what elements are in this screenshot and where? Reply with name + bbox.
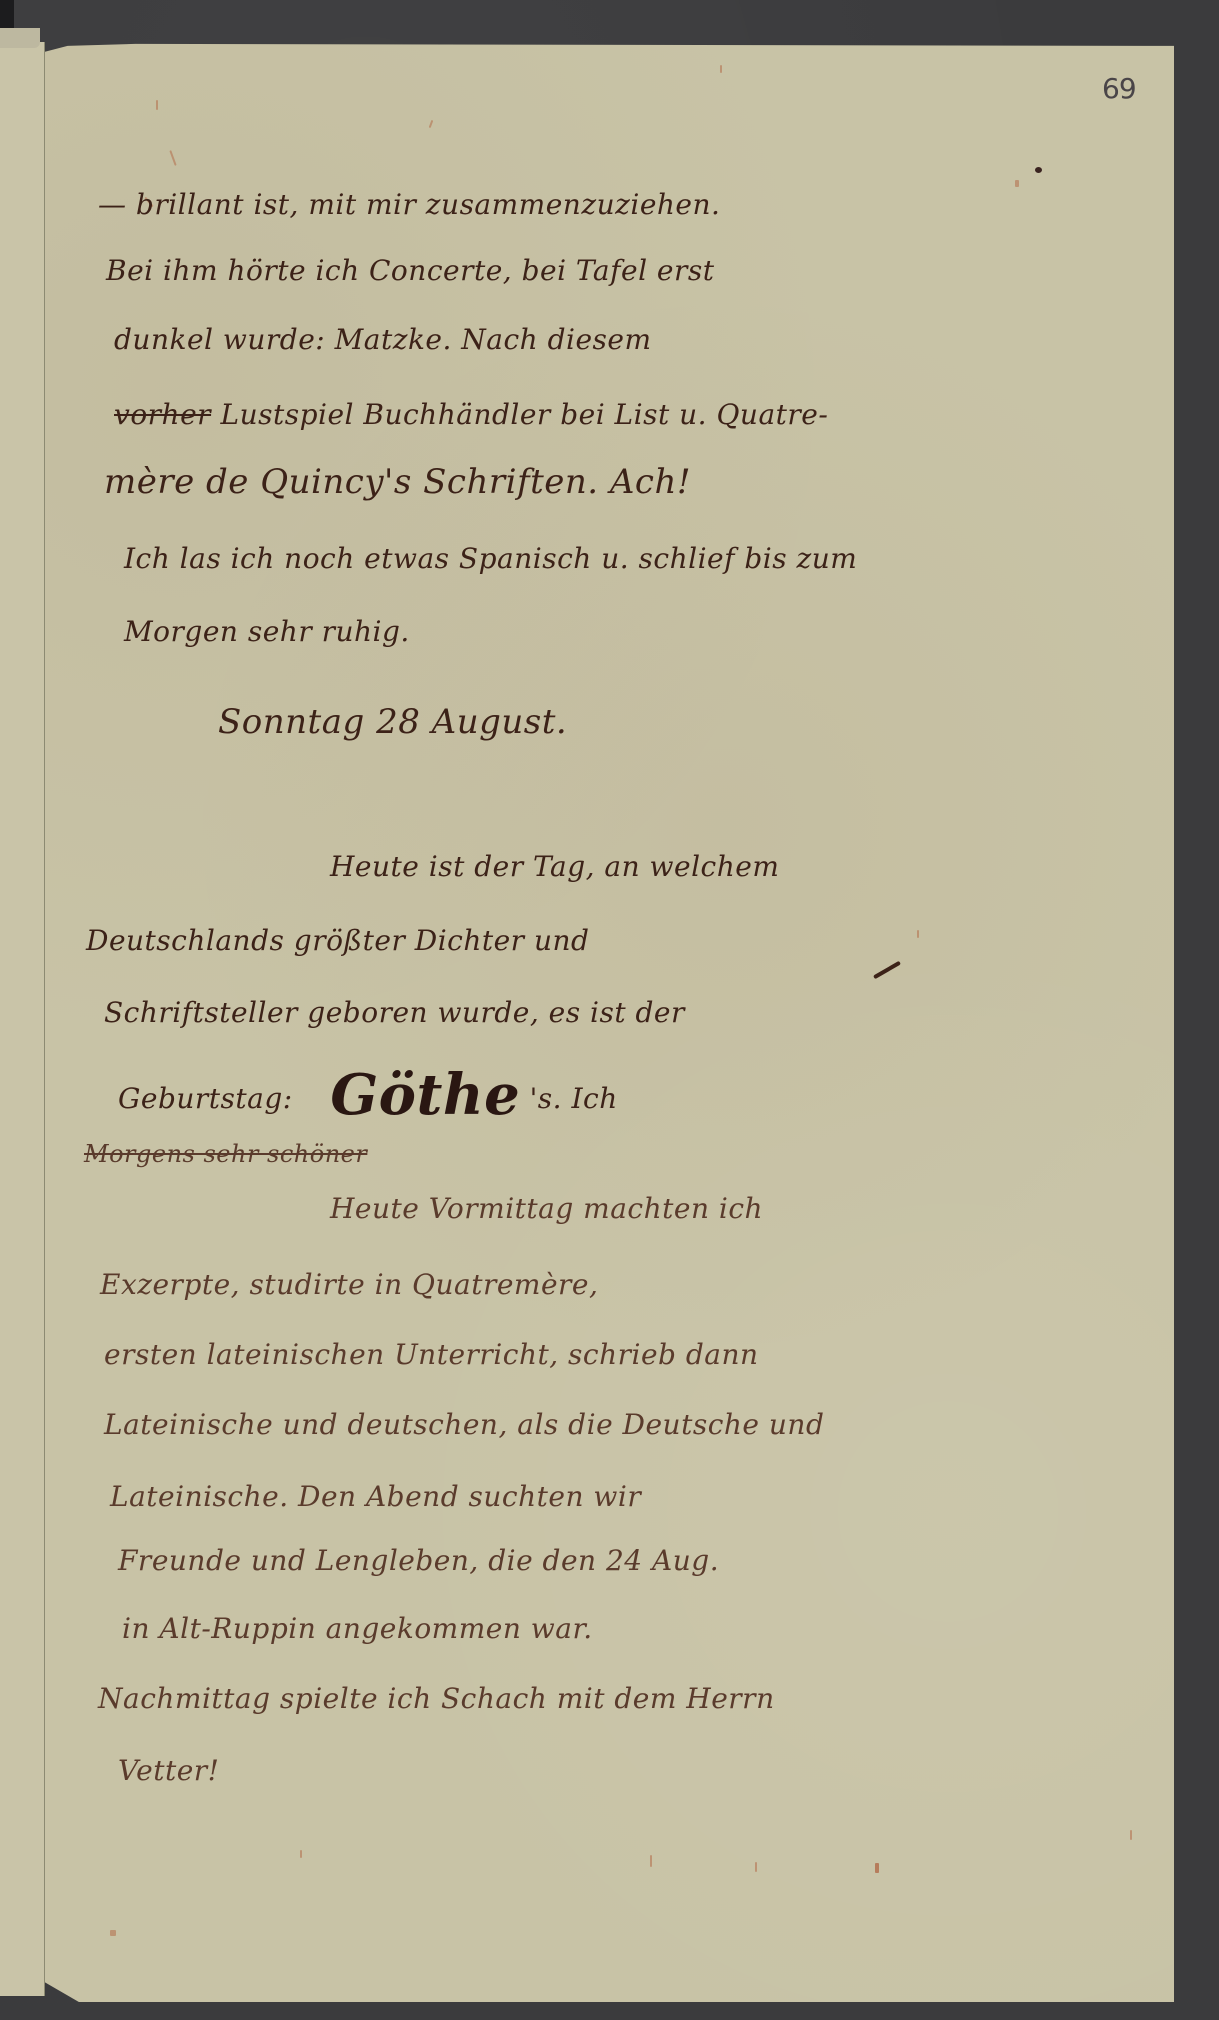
paper-fleck [875, 1863, 879, 1873]
manuscript-line: — brillant ist, mit mir zusammenzuziehen… [98, 188, 720, 221]
manuscript-line: Geburtstag: Göthe 's. Ich [118, 1062, 618, 1128]
manuscript-line: Lateinische. Den Abend suchten wir [110, 1480, 641, 1513]
manuscript-line: Morgen sehr ruhig. [124, 615, 410, 648]
paper-fleck [1015, 180, 1019, 187]
manuscript-line: mère de Quincy's Schriften. Ach! [104, 462, 691, 502]
page-tab [0, 28, 40, 48]
paper-fleck [110, 1930, 116, 1936]
manuscript-line: Lateinische und deutschen, als die Deuts… [104, 1408, 824, 1441]
entry-date-heading: Sonntag 28 August. [218, 702, 567, 742]
paper-fleck [156, 100, 158, 110]
paper-fleck [650, 1855, 652, 1867]
manuscript-line: dunkel wurde: Matzke. Nach diesem [114, 323, 652, 356]
line-text: Lustspiel Buchhändler bei List u. Quatre… [220, 398, 828, 431]
manuscript-line: Exzerpte, studirte in Quatremère, [100, 1268, 598, 1301]
paper-fleck [917, 930, 919, 938]
manuscript-line: Heute Vormittag machten ich [330, 1192, 763, 1225]
manuscript-line: Heute ist der Tag, an welchem [330, 850, 779, 883]
manuscript-line: Ich las ich noch etwas Spanisch u. schli… [124, 542, 857, 575]
paper-fleck [1130, 1830, 1132, 1840]
manuscript-line: vorher Lustspiel Buchhändler bei List u.… [114, 398, 828, 431]
paper-fleck [300, 1850, 302, 1858]
line-text: 's. Ich [530, 1082, 618, 1115]
adjacent-page-edge [0, 42, 45, 1996]
manuscript-line: Deutschlands größter Dichter und [86, 924, 589, 957]
struck-line: Morgens sehr schöner [84, 1140, 367, 1168]
manuscript-line: in Alt-Ruppin angekommen war. [122, 1612, 593, 1645]
ink-dot [1035, 167, 1042, 173]
manuscript-line: Schriftsteller geboren wurde, es ist der [104, 996, 685, 1029]
goethe-name: Göthe [330, 1062, 520, 1128]
manuscript-line: Nachmittag spielte ich Schach mit dem He… [98, 1682, 775, 1715]
manuscript-line: Freunde und Lengleben, die den 24 Aug. [118, 1544, 719, 1577]
line-text: Geburtstag: [118, 1082, 293, 1115]
manuscript-line: ersten lateinischen Unterricht, schrieb … [104, 1338, 759, 1371]
manuscript-line: Vetter! [118, 1754, 219, 1787]
paper-fleck [755, 1862, 757, 1872]
page-number: 69 [1102, 72, 1136, 105]
manuscript-line: Bei ihm hörte ich Concerte, bei Tafel er… [106, 254, 715, 287]
paper-fleck [720, 65, 722, 73]
struck-word: vorher [114, 398, 211, 431]
